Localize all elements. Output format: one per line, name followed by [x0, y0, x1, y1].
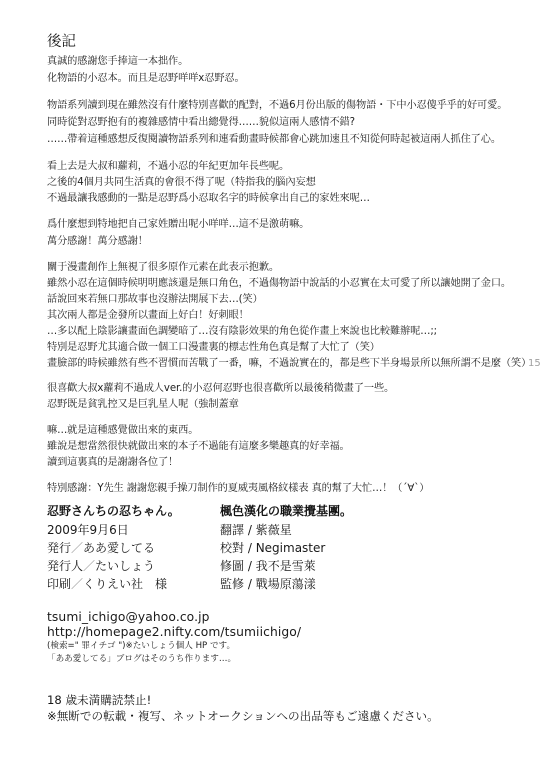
credits-label: 校對 — [220, 541, 244, 555]
colophon-label: 発行人 — [47, 559, 83, 573]
text-line: 同時從對忍野抱有的複雜感情中看出總覺得……貌似這兩人感情不錯? — [47, 116, 355, 130]
contact-email: tsumi_ichigo@yahoo.co.jp — [47, 610, 210, 624]
separator: ／ — [71, 541, 83, 555]
text-line: 關于漫畫創作上無視了很多原作元素在此表示抱歉。 — [47, 261, 279, 275]
special-thanks-line: 特別感謝：Y先生 謝謝您親手操刀制作的夏威夷風格紋樣表 真的幫了大忙…！（´∀`… — [47, 482, 429, 496]
colophon-date: 2009年9月6日 — [47, 523, 129, 537]
text-line: 嘛…就是這種感覺做出來的東西。 — [47, 424, 198, 438]
credits-row-editing: 修圖 / 我不是雪萊 — [220, 559, 316, 573]
text-line: 物語系列讀到現在雖然沒有什麼特別喜歡的配對，不過6月份出版的傷物語・下中小忍傻乎… — [47, 99, 507, 113]
search-note: (検索=" 罪イチゴ ")※たいしょう個人 HP です。 — [47, 641, 235, 652]
colophon-row-publisher: 発行／ああ愛してる — [47, 541, 155, 555]
credits-row-supervision: 監修 / 戰場原蕩漾 — [220, 577, 316, 591]
age-restriction: 18 歳未満購読禁止! — [47, 693, 151, 707]
credits-value: 我不是雪萊 — [256, 559, 316, 573]
text-line: 其次兩人都是金發所以畫面上好白！好刺眼！ — [47, 309, 249, 323]
separator: / — [244, 577, 256, 591]
text-line: 話說回來若無口那故事也沒辦法開展下去…(笑） — [47, 293, 263, 307]
credits-label: 翻譯 — [220, 523, 244, 537]
text-line: 之後的4個月共同生活真的會很不得了呢（特指我的腦內妄想 — [47, 176, 316, 190]
colophon-title: 忍野さんちの忍ちゃん。 — [47, 504, 180, 518]
credits-label: 監修 — [220, 577, 244, 591]
page-title: 後記 — [47, 34, 76, 51]
text-line: 忍野既是貧乳控又是巨乳星人呢（強制蓋章 — [47, 398, 239, 412]
text-line: 萬分感謝！萬分感謝！ — [47, 235, 148, 249]
credits-title: 楓色漢化の職業攪基團。 — [220, 504, 352, 518]
text-line: 爲什麼想到特地把自己家姓贈出呢小咩咩…這不是激萌嘛。 — [47, 218, 309, 232]
colophon-label: 印刷 — [47, 577, 71, 591]
text-line: …多以配上陰影讓畫面色調變暗了…沒有陰影效果的角色從作畫上來說也比較難辦呢…;; — [47, 325, 437, 339]
credits-row-proofreading: 校對 / Negimaster — [220, 541, 325, 555]
colophon-value: たいしょう — [95, 559, 155, 573]
separator: / — [244, 523, 256, 537]
text-line: 不過最讓我感動的一點是忍野爲小忍取名字的時候拿出自己的家姓來呢… — [47, 192, 370, 206]
credits-value: Negimaster — [256, 541, 326, 555]
page-number: 15 — [528, 358, 540, 369]
credits-value: 紫薇星 — [256, 523, 292, 537]
colophon-row-printer: 印刷／くりえい社 様 — [47, 577, 167, 591]
colophon-value: くりえい社 様 — [83, 577, 167, 591]
separator: / — [244, 541, 256, 555]
text-line: 真誠的感謝您手捧這一本拙作。 — [47, 55, 188, 69]
text-line: 雖說是想當然很快就做出來的本子不過能有這麼多樂趣真的好幸福。 — [47, 440, 350, 454]
contact-url: http://homepage2.nifty.com/tsumiichigo/ — [47, 625, 301, 639]
separator: ／ — [71, 577, 83, 591]
text-line: 化物語的小忍本。而且是忍野咩咩x忍野忍。 — [47, 72, 245, 86]
separator: ／ — [83, 559, 95, 573]
colophon-value: ああ愛してる — [83, 541, 155, 555]
colophon-row-issuer: 発行人／たいしょう — [47, 559, 155, 573]
credits-row-translation: 翻譯 / 紫薇星 — [220, 523, 292, 537]
credits-label: 修圖 — [220, 559, 244, 573]
credits-value: 戰場原蕩漾 — [256, 577, 316, 591]
text-line: 讀到這裏真的是謝謝各位了！ — [47, 456, 178, 470]
text-line: 特別是忍野尤其適合做一個工口漫畫裏的標志性角色真是幫了大忙了（笑） — [47, 341, 380, 355]
blog-note: 「ああ愛してる」ブログはそのうち作ります…。 — [47, 654, 236, 665]
text-line: ……帶着這種感想反復閱讀物語系列和連看動畫時候都會心跳加速且不知從何時起被這兩人… — [47, 133, 501, 147]
copyright-notice: ※無断での転載・複写、ネットオークションへの出品等もご遠慮ください。 — [47, 709, 439, 723]
text-line: 雖然小忍在這個時候明明應該還是無口角色，不過傷物語中說話的小忍實在太可愛了所以讓… — [47, 277, 511, 291]
text-line: 畫臉部的時候雖然有些不習慣而苦戰了一番，嘛，不過說實在的，都是些下半身場景所以無… — [47, 357, 531, 371]
colophon-label: 発行 — [47, 541, 71, 555]
text-line: 看上去是大叔和蘿莉，不過小忍的年紀更加年長些呢。 — [47, 160, 289, 174]
separator: / — [244, 559, 256, 573]
text-line: 很喜歡大叔x蘿莉不過成人ver.的小忍何忍野也很喜歡所以最後稍微畫了一些。 — [47, 382, 394, 396]
